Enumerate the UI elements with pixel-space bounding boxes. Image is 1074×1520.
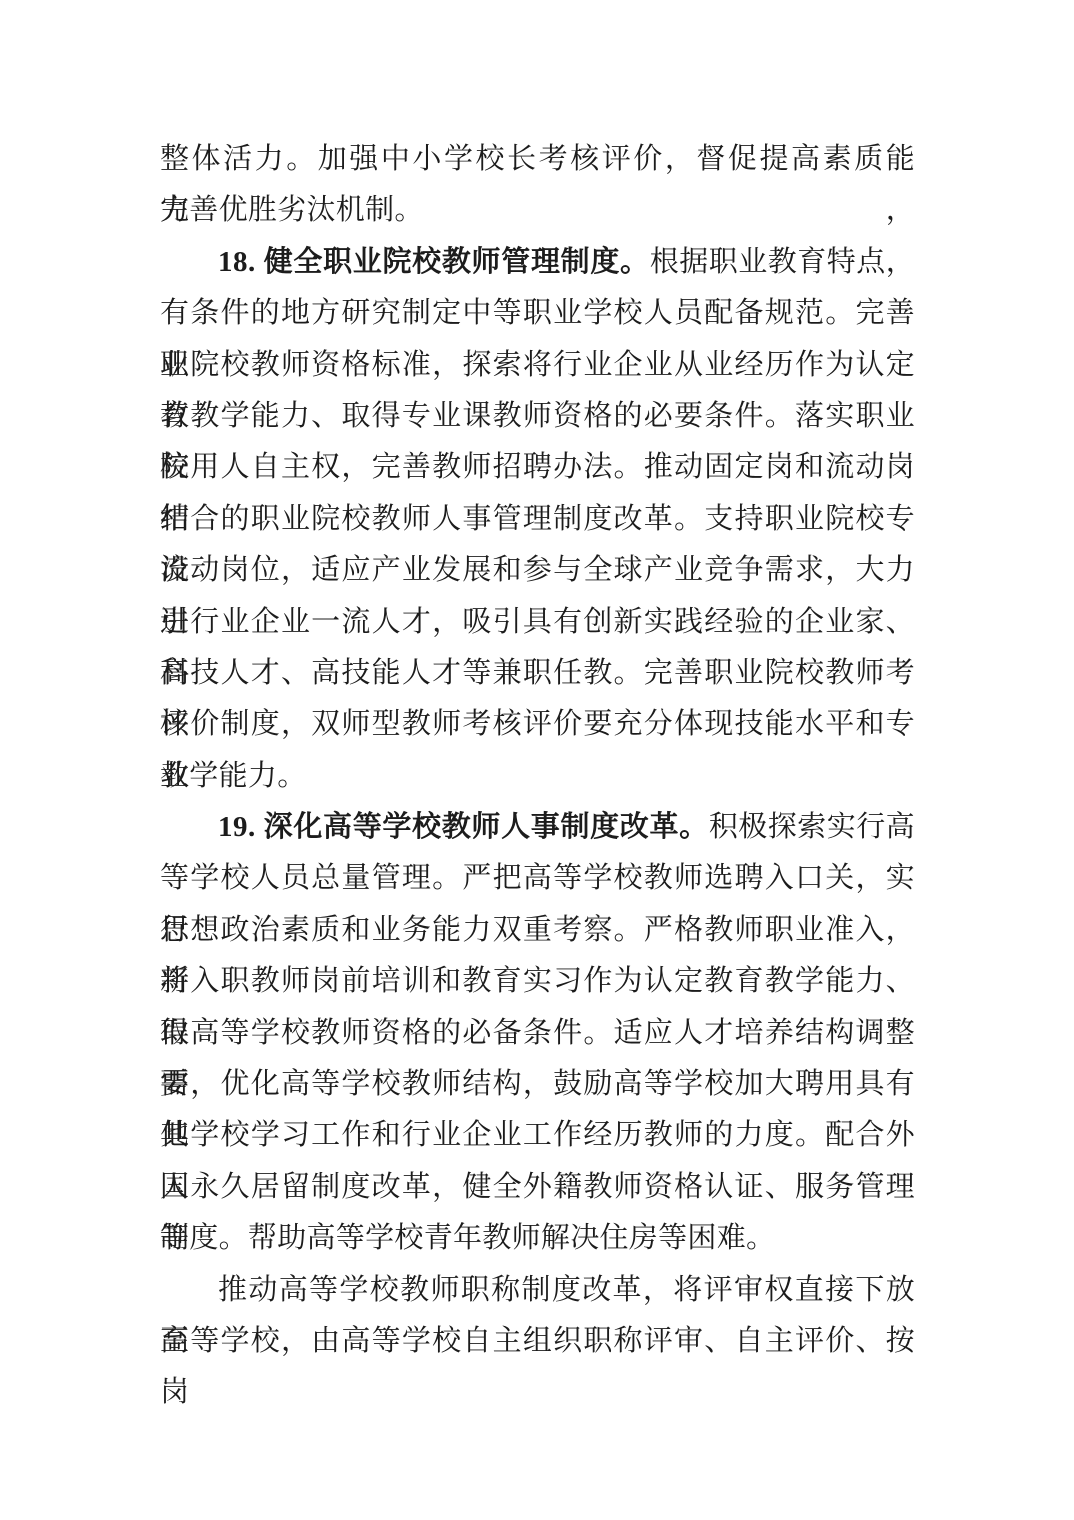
text-line: 新入职教师岗前培训和教育实习作为认定教育教学能力、取	[160, 956, 915, 1007]
text-line: 评价制度，双师型教师考核评价要充分体现技能水平和专业	[160, 699, 915, 750]
text-line: 要，优化高等学校教师结构，鼓励高等学校加大聘用具有其	[160, 1059, 915, 1110]
text-line: 他学校学习工作和行业企业工作经历教师的力度。配合外国	[160, 1110, 915, 1161]
body-text: 教学能力。	[160, 760, 307, 792]
text-line: 得高等学校教师资格的必备条件。适应人才培养结构调整需	[160, 1008, 915, 1059]
text-line: 人永久居留制度改革，健全外籍教师资格认证、服务管理等	[160, 1162, 915, 1213]
section-heading-text: 18. 健全职业院校教师管理制度。	[218, 246, 650, 278]
text-line: 校用人自主权，完善教师招聘办法。推动固定岗和流动岗相	[160, 442, 915, 493]
text-line: 思想政治素质和业务能力双重考察。严格教师职业准入，将	[160, 905, 915, 956]
text-line: 19. 深化高等学校教师人事制度改革。积极探索实行高	[160, 802, 915, 853]
text-line: 制度。帮助高等学校青年教师解决住房等困难。	[160, 1213, 915, 1264]
document-body: 整体活力。加强中小学校长考核评价，督促提高素质能力，完善优胜劣汰机制。18. 健…	[160, 134, 915, 1367]
text-line: 推动高等学校教师职称制度改革，将评审权直接下放至	[160, 1265, 915, 1316]
text-line: 科技人才、高技能人才等兼职任教。完善职业院校教师考核	[160, 648, 915, 699]
text-line: 有条件的地方研究制定中等职业学校人员配备规范。完善职	[160, 288, 915, 339]
text-line: 流动岗位，适应产业发展和参与全球产业竞争需求，大力引	[160, 545, 915, 596]
text-line: 育教学能力、取得专业课教师资格的必要条件。落实职业院	[160, 391, 915, 442]
text-line: 进行业企业一流人才，吸引具有创新实践经验的企业家、高	[160, 597, 915, 648]
text-line: 整体活力。加强中小学校长考核评价，督促提高素质能力，	[160, 134, 915, 185]
text-line: 高等学校，由高等学校自主组织职称评审、自主评价、按岗	[160, 1316, 915, 1367]
text-line: 业院校教师资格标准，探索将行业企业从业经历作为认定教	[160, 340, 915, 391]
text-line: 等学校人员总量管理。严把高等学校教师选聘入口关，实行	[160, 853, 915, 904]
body-text: 完善优胜劣汰机制。	[160, 194, 424, 226]
text-line: 结合的职业院校教师人事管理制度改革。支持职业院校专设	[160, 494, 915, 545]
body-text: 高等学校，由高等学校自主组织职称评审、自主评价、按岗	[160, 1325, 915, 1408]
body-text: 根据职业教育特点，	[650, 246, 915, 278]
text-line: 18. 健全职业院校教师管理制度。根据职业教育特点，	[160, 237, 915, 288]
body-text: 制度。帮助高等学校青年教师解决住房等困难。	[160, 1222, 775, 1254]
text-line: 教学能力。	[160, 751, 915, 802]
section-heading-text: 19. 深化高等学校教师人事制度改革。	[218, 811, 709, 843]
body-text: 积极探索实行高	[709, 811, 915, 843]
document-page: 整体活力。加强中小学校长考核评价，督促提高素质能力，完善优胜劣汰机制。18. 健…	[0, 0, 1074, 1520]
